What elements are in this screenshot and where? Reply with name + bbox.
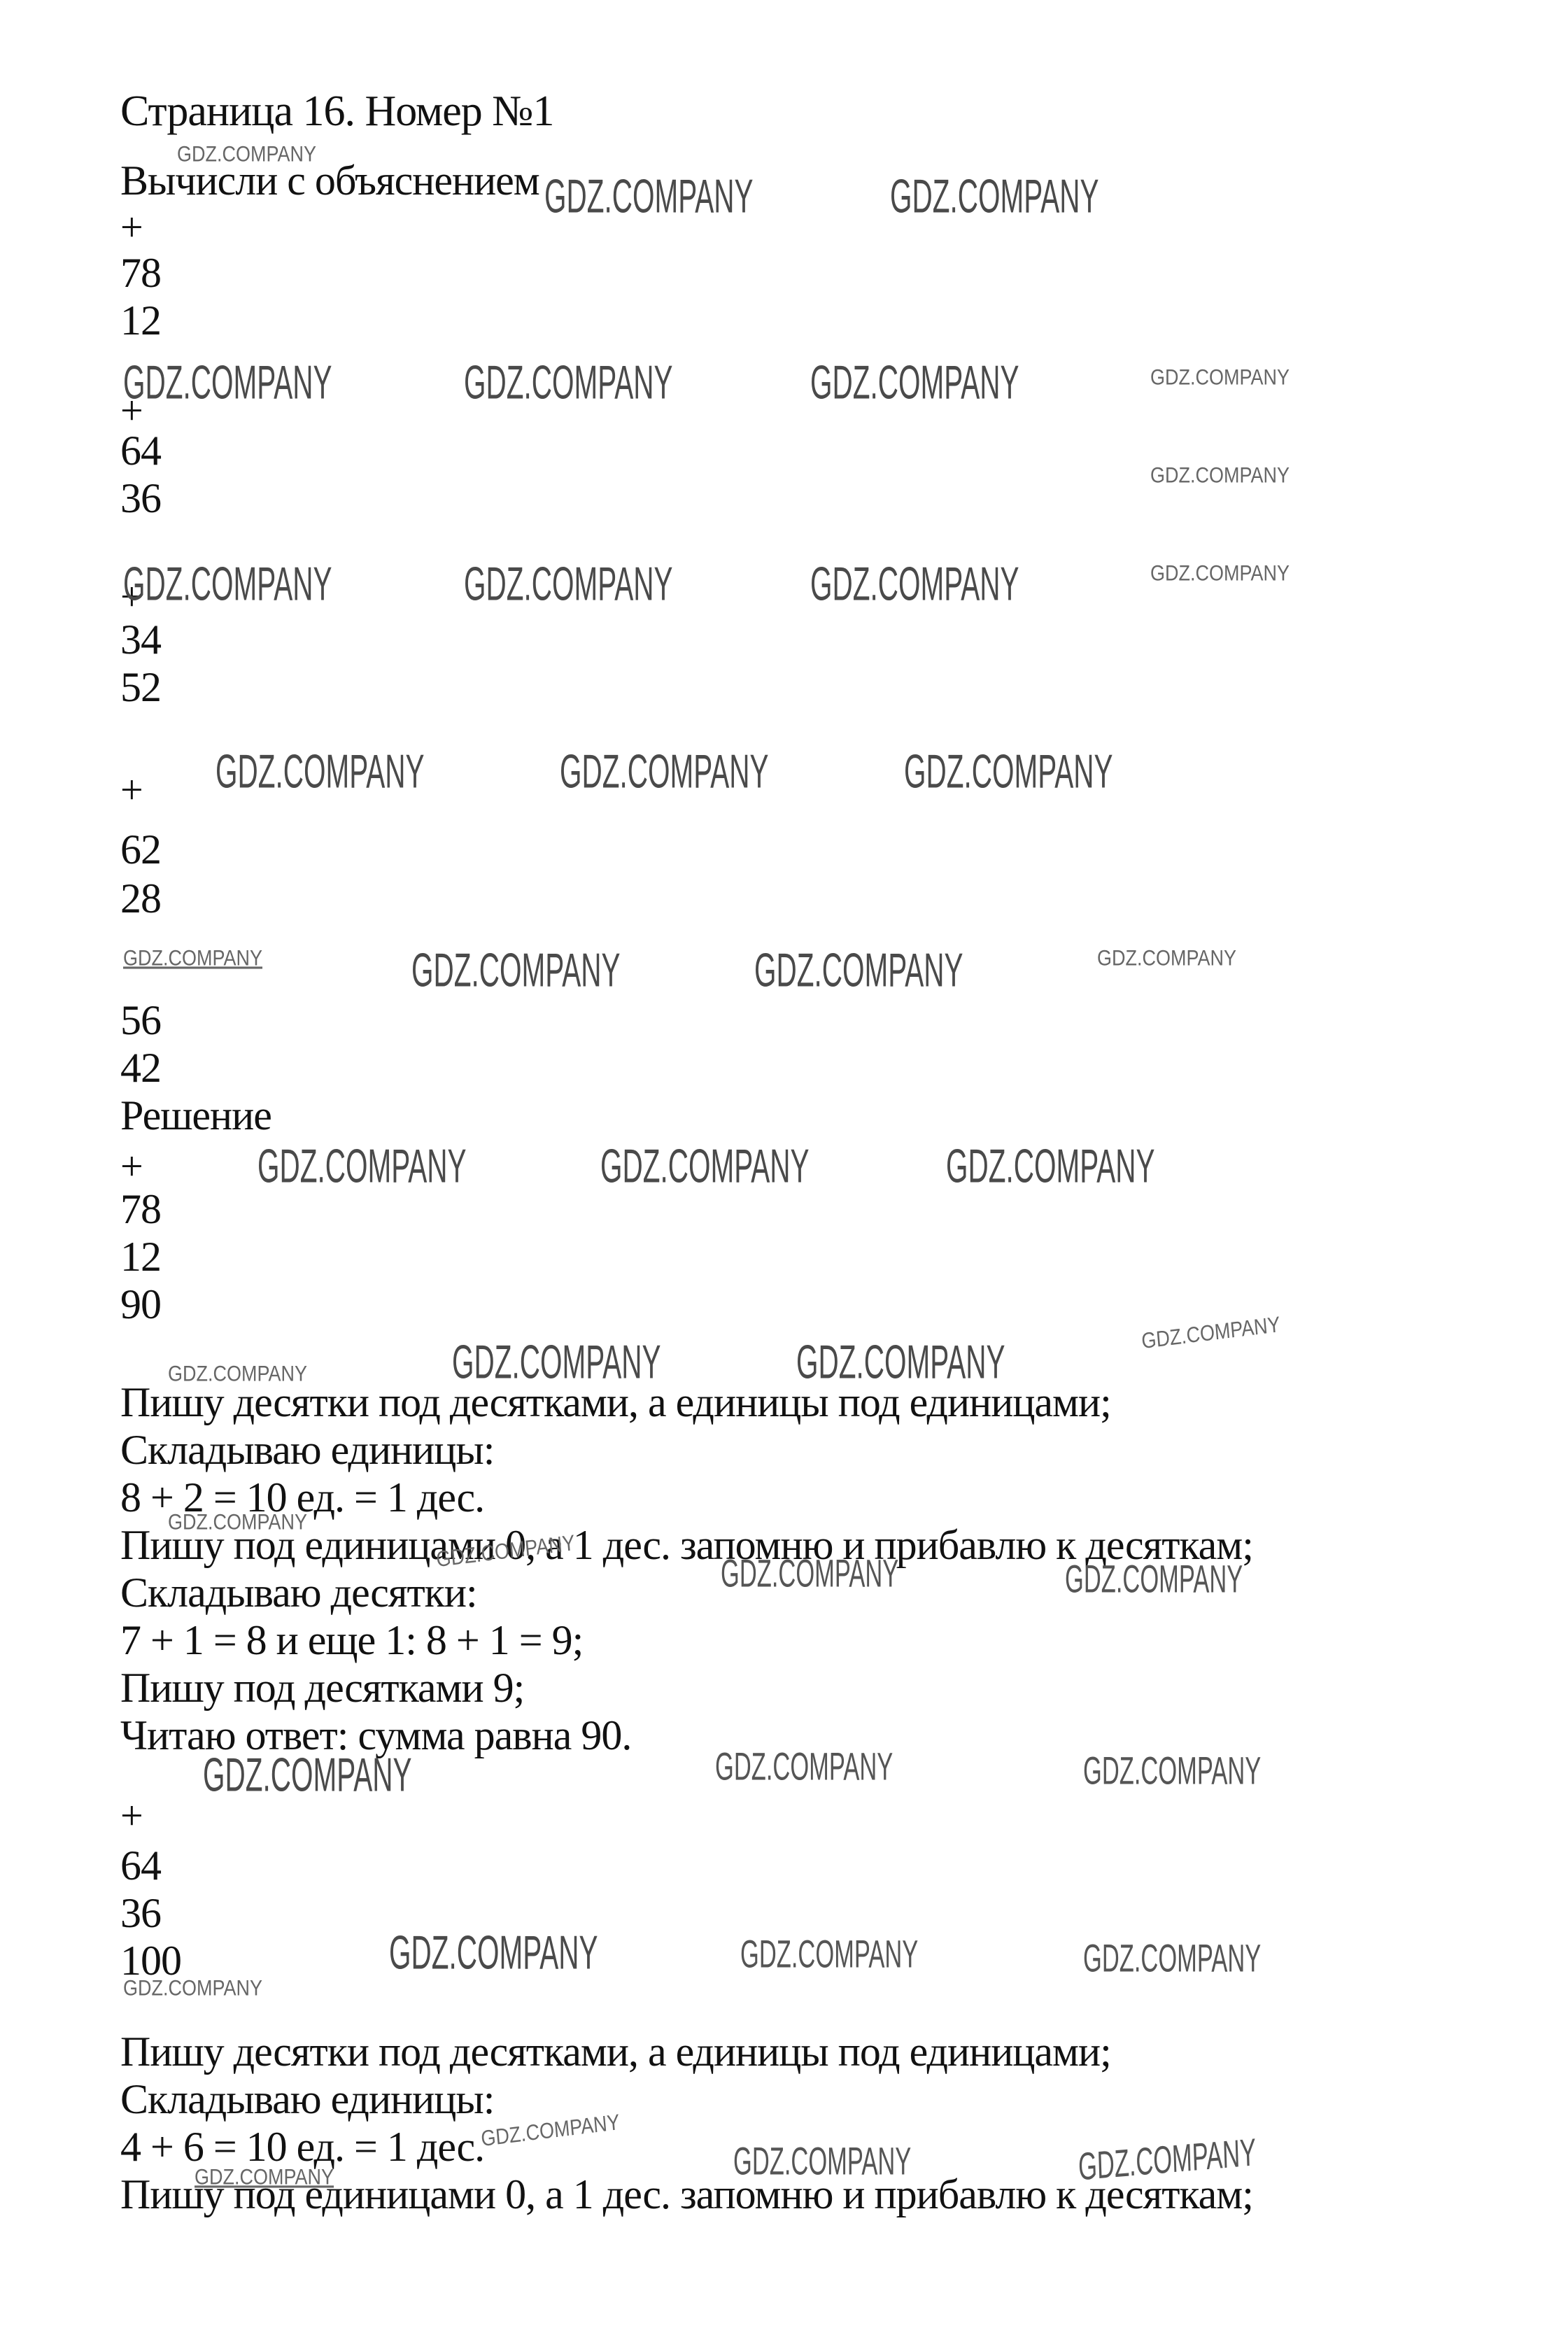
- watermark: GDZ.COMPANY: [1097, 946, 1236, 971]
- addend: 62: [120, 828, 161, 870]
- watermark: GDZ.COMPANY: [890, 169, 1099, 224]
- watermark: GDZ.COMPANY: [216, 745, 425, 799]
- watermark: GDZ.COMPANY: [257, 1139, 467, 1194]
- watermark: GDZ.COMPANY: [1150, 463, 1290, 488]
- watermark: GDZ.COMPANY: [389, 1926, 598, 1980]
- sum-value: 100: [120, 1940, 181, 1982]
- addend: 78: [120, 1188, 161, 1230]
- watermark: GDZ.COMPANY: [1083, 1748, 1261, 1793]
- watermark: GDZ.COMPANY: [168, 1362, 307, 1387]
- addend: 52: [120, 666, 161, 708]
- watermark: GDZ.COMPANY: [904, 745, 1113, 799]
- addend: 64: [120, 430, 161, 472]
- watermark: GDZ.COMPANY: [123, 557, 332, 612]
- explanation-line: Пишу десятки под десятками, а единицы по…: [120, 2031, 1111, 2073]
- watermark: GDZ.COMPANY: [411, 943, 621, 998]
- addend: 56: [120, 999, 161, 1041]
- addend: 28: [120, 877, 161, 919]
- addend: 12: [120, 299, 161, 341]
- watermark: GDZ.COMPANY: [721, 1551, 898, 1596]
- addend: 34: [120, 619, 161, 661]
- plus-sign: +: [120, 207, 143, 248]
- explanation-line: 4 + 6 = 10 ед. = 1 дес.: [120, 2126, 484, 2168]
- plus-sign: +: [120, 1146, 143, 1187]
- watermark: GDZ.COMPANY: [733, 2138, 911, 2184]
- watermark: GDZ.COMPANY: [203, 1748, 412, 1803]
- plus-sign: +: [120, 1796, 143, 1836]
- watermark: GDZ.COMPANY: [123, 946, 262, 971]
- watermark: GDZ.COMPANY: [1065, 1556, 1243, 1602]
- watermark: GDZ.COMPANY: [1150, 365, 1290, 390]
- watermark: GDZ.COMPANY: [168, 1510, 307, 1535]
- watermark: GDZ.COMPANY: [195, 2165, 334, 2190]
- plus-sign: +: [120, 770, 143, 810]
- watermark: GDZ.COMPANY: [715, 1744, 893, 1789]
- addend: 42: [120, 1047, 161, 1089]
- watermark: GDZ.COMPANY: [464, 557, 673, 612]
- explanation-line: 7 + 1 = 8 и еще 1: 8 + 1 = 9;: [120, 1619, 583, 1661]
- watermark: GDZ.COMPANY: [754, 943, 963, 998]
- watermark: GDZ.COMPANY: [1083, 1935, 1261, 1981]
- document-page: Страница 16. Номер №1 Вычисли с объяснен…: [0, 0, 1568, 2342]
- watermark: GDZ.COMPANY: [123, 355, 332, 410]
- watermark: GDZ.COMPANY: [796, 1335, 1005, 1390]
- addend: 36: [120, 1892, 161, 1934]
- watermark: GDZ.COMPANY: [810, 355, 1019, 410]
- sum-value: 90: [120, 1283, 161, 1325]
- explanation-line: Складываю единицы:: [120, 1429, 494, 1471]
- watermark: GDZ.COMPANY: [1140, 1313, 1281, 1355]
- watermark: GDZ.COMPANY: [1150, 561, 1290, 586]
- watermark: GDZ.COMPANY: [464, 355, 673, 410]
- watermark: GDZ.COMPANY: [740, 1931, 918, 1977]
- explanation-line: Складываю единицы:: [120, 2078, 494, 2120]
- addend: 64: [120, 1844, 161, 1886]
- watermark: GDZ.COMPANY: [946, 1139, 1155, 1194]
- watermark: GDZ.COMPANY: [177, 142, 316, 167]
- addend: 12: [120, 1236, 161, 1278]
- watermark: GDZ.COMPANY: [452, 1335, 661, 1390]
- watermark: GDZ.COMPANY: [600, 1139, 810, 1194]
- watermark: GDZ.COMPANY: [123, 1976, 262, 2001]
- addend: 78: [120, 252, 161, 294]
- explanation-line: Складываю десятки:: [120, 1572, 477, 1614]
- watermark: GDZ.COMPANY: [544, 169, 754, 224]
- watermark: GDZ.COMPANY: [560, 745, 769, 799]
- page-title: Страница 16. Номер №1: [120, 90, 553, 133]
- watermark: GDZ.COMPANY: [480, 2110, 621, 2152]
- solution-heading: Решение: [120, 1094, 271, 1136]
- explanation-line: Пишу под десятками 9;: [120, 1667, 524, 1709]
- addend: 36: [120, 477, 161, 519]
- watermark: GDZ.COMPANY: [810, 557, 1019, 612]
